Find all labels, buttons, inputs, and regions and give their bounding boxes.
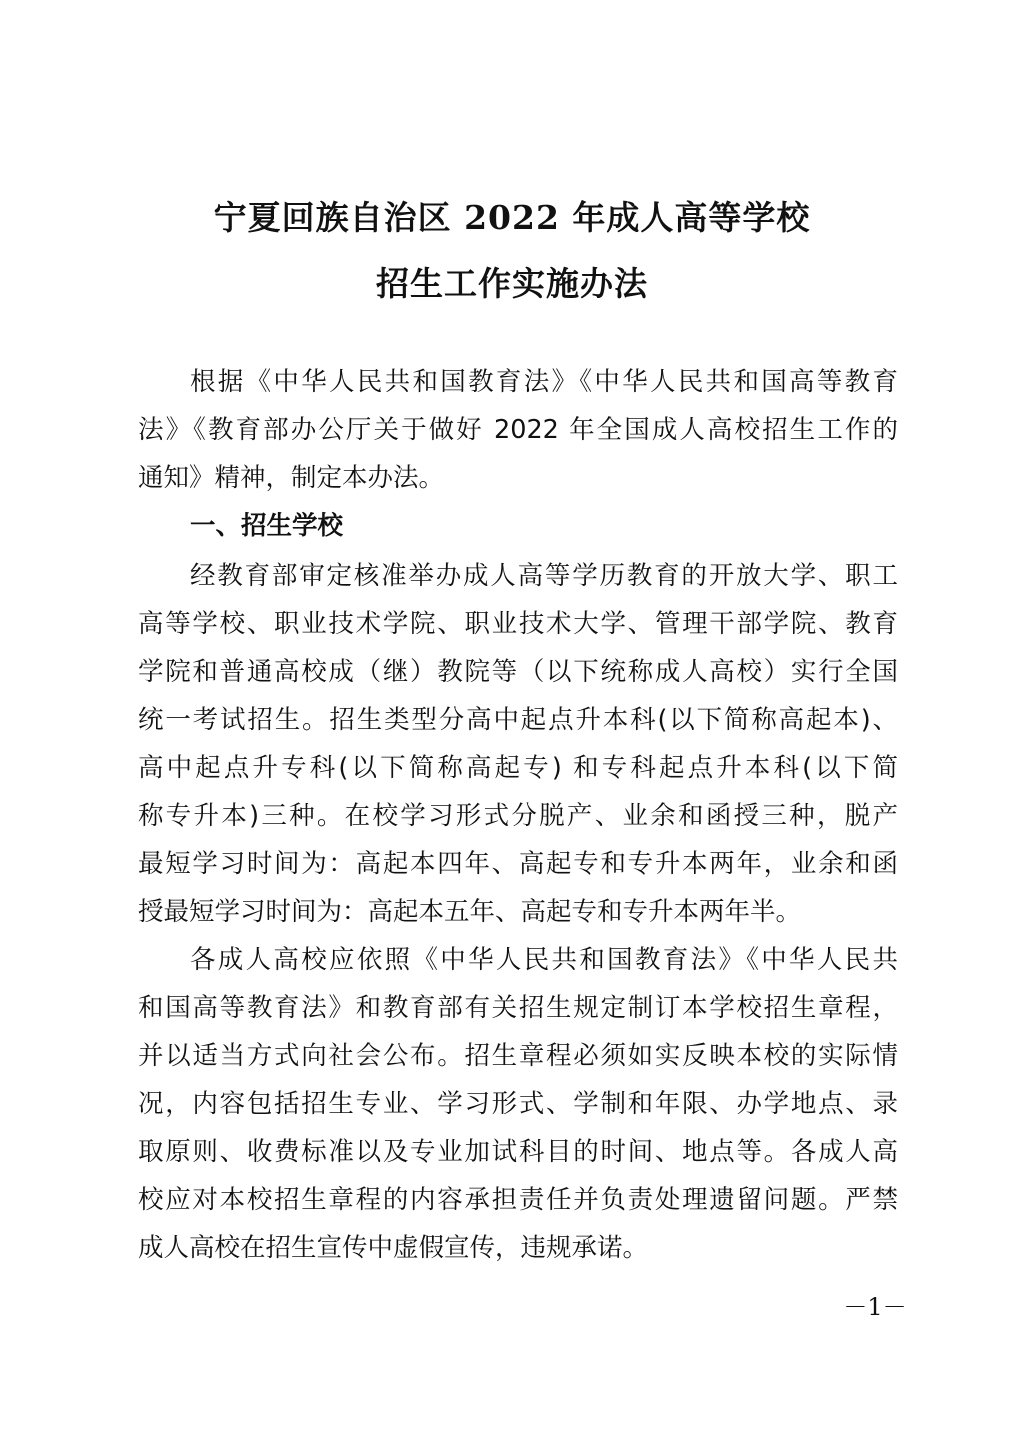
intro-line: 法》《教育部办公厅关于做好 2022 年全国成人高校招生工作的 <box>138 414 898 446</box>
intro-line: 通知》精神，制定本办法。 <box>138 462 898 494</box>
page-number: －1－ <box>840 1287 910 1322</box>
paragraph-line: 成人高校在招生宣传中虚假宣传，违规承诺。 <box>138 1232 898 1264</box>
paragraph-line: 学院和普通高校成（继）教院等（以下统称成人高校）实行全国 <box>138 656 898 688</box>
paragraph-line: 经教育部审定核准举办成人高等学历教育的开放大学、职工 <box>190 560 898 592</box>
section-heading: 一、招生学校 <box>190 510 343 542</box>
paragraph-line: 授最短学习时间为：高起本五年、高起专和专升本两年半。 <box>138 896 898 928</box>
paragraph-line: 并以适当方式向社会公布。招生章程必须如实反映本校的实际情 <box>138 1040 898 1072</box>
paragraph-line: 况，内容包括招生专业、学习形式、学制和年限、办学地点、录 <box>138 1088 898 1120</box>
paragraph-line: 各成人高校应依照《中华人民共和国教育法》《中华人民共 <box>190 944 898 976</box>
paragraph-line: 统一考试招生。招生类型分高中起点升本科(以下简称高起本)、 <box>138 704 898 736</box>
paragraph-line: 高中起点升专科(以下简称高起专) 和专科起点升本科(以下简 <box>138 752 898 784</box>
paragraph-line: 和国高等教育法》和教育部有关招生规定制订本学校招生章程， <box>138 992 898 1024</box>
document-title-line2: 招生工作实施办法 <box>0 264 1024 304</box>
paragraph-line: 高等学校、职业技术学院、职业技术大学、管理干部学院、教育 <box>138 608 898 640</box>
paragraph-line: 称专升本)三种。在校学习形式分脱产、业余和函授三种，脱产 <box>138 800 898 832</box>
paragraph-line: 校应对本校招生章程的内容承担责任并负责处理遗留问题。严禁 <box>138 1184 898 1216</box>
paragraph-line: 取原则、收费标准以及专业加试科目的时间、地点等。各成人高 <box>138 1136 898 1168</box>
document-page: 宁夏回族自治区 2022 年成人高等学校 招生工作实施办法 根据《中华人民共和国… <box>0 0 1024 1448</box>
intro-line: 根据《中华人民共和国教育法》《中华人民共和国高等教育 <box>190 366 898 398</box>
document-title-line1: 宁夏回族自治区 2022 年成人高等学校 <box>0 198 1024 238</box>
paragraph-line: 最短学习时间为：高起本四年、高起专和专升本两年，业余和函 <box>138 848 898 880</box>
